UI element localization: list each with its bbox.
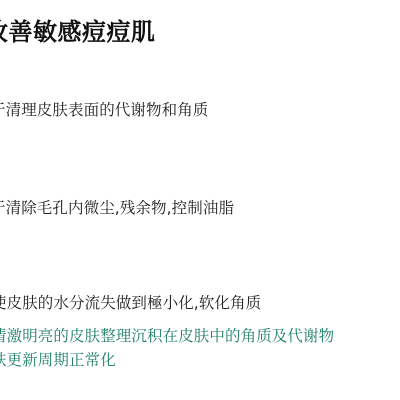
benefit-moisture-text: 使皮肤的水分流失做到極小化,软化角质 (0, 291, 261, 313)
highlight-text-line-2: 肤更新周期正常化 (0, 348, 116, 370)
benefit-pore-cleaning-text: 于清除毛孔内微尘,残余物,控制油脂 (0, 196, 234, 218)
highlight-text-line-1: 清激明亮的皮肤整理沉积在皮肤中的角质及代谢物 (0, 324, 334, 346)
page-title: 改善敏感痘痘肌 (0, 12, 156, 47)
benefit-cleansing-text: 于清理皮肤表面的代谢物和角质 (0, 98, 208, 120)
